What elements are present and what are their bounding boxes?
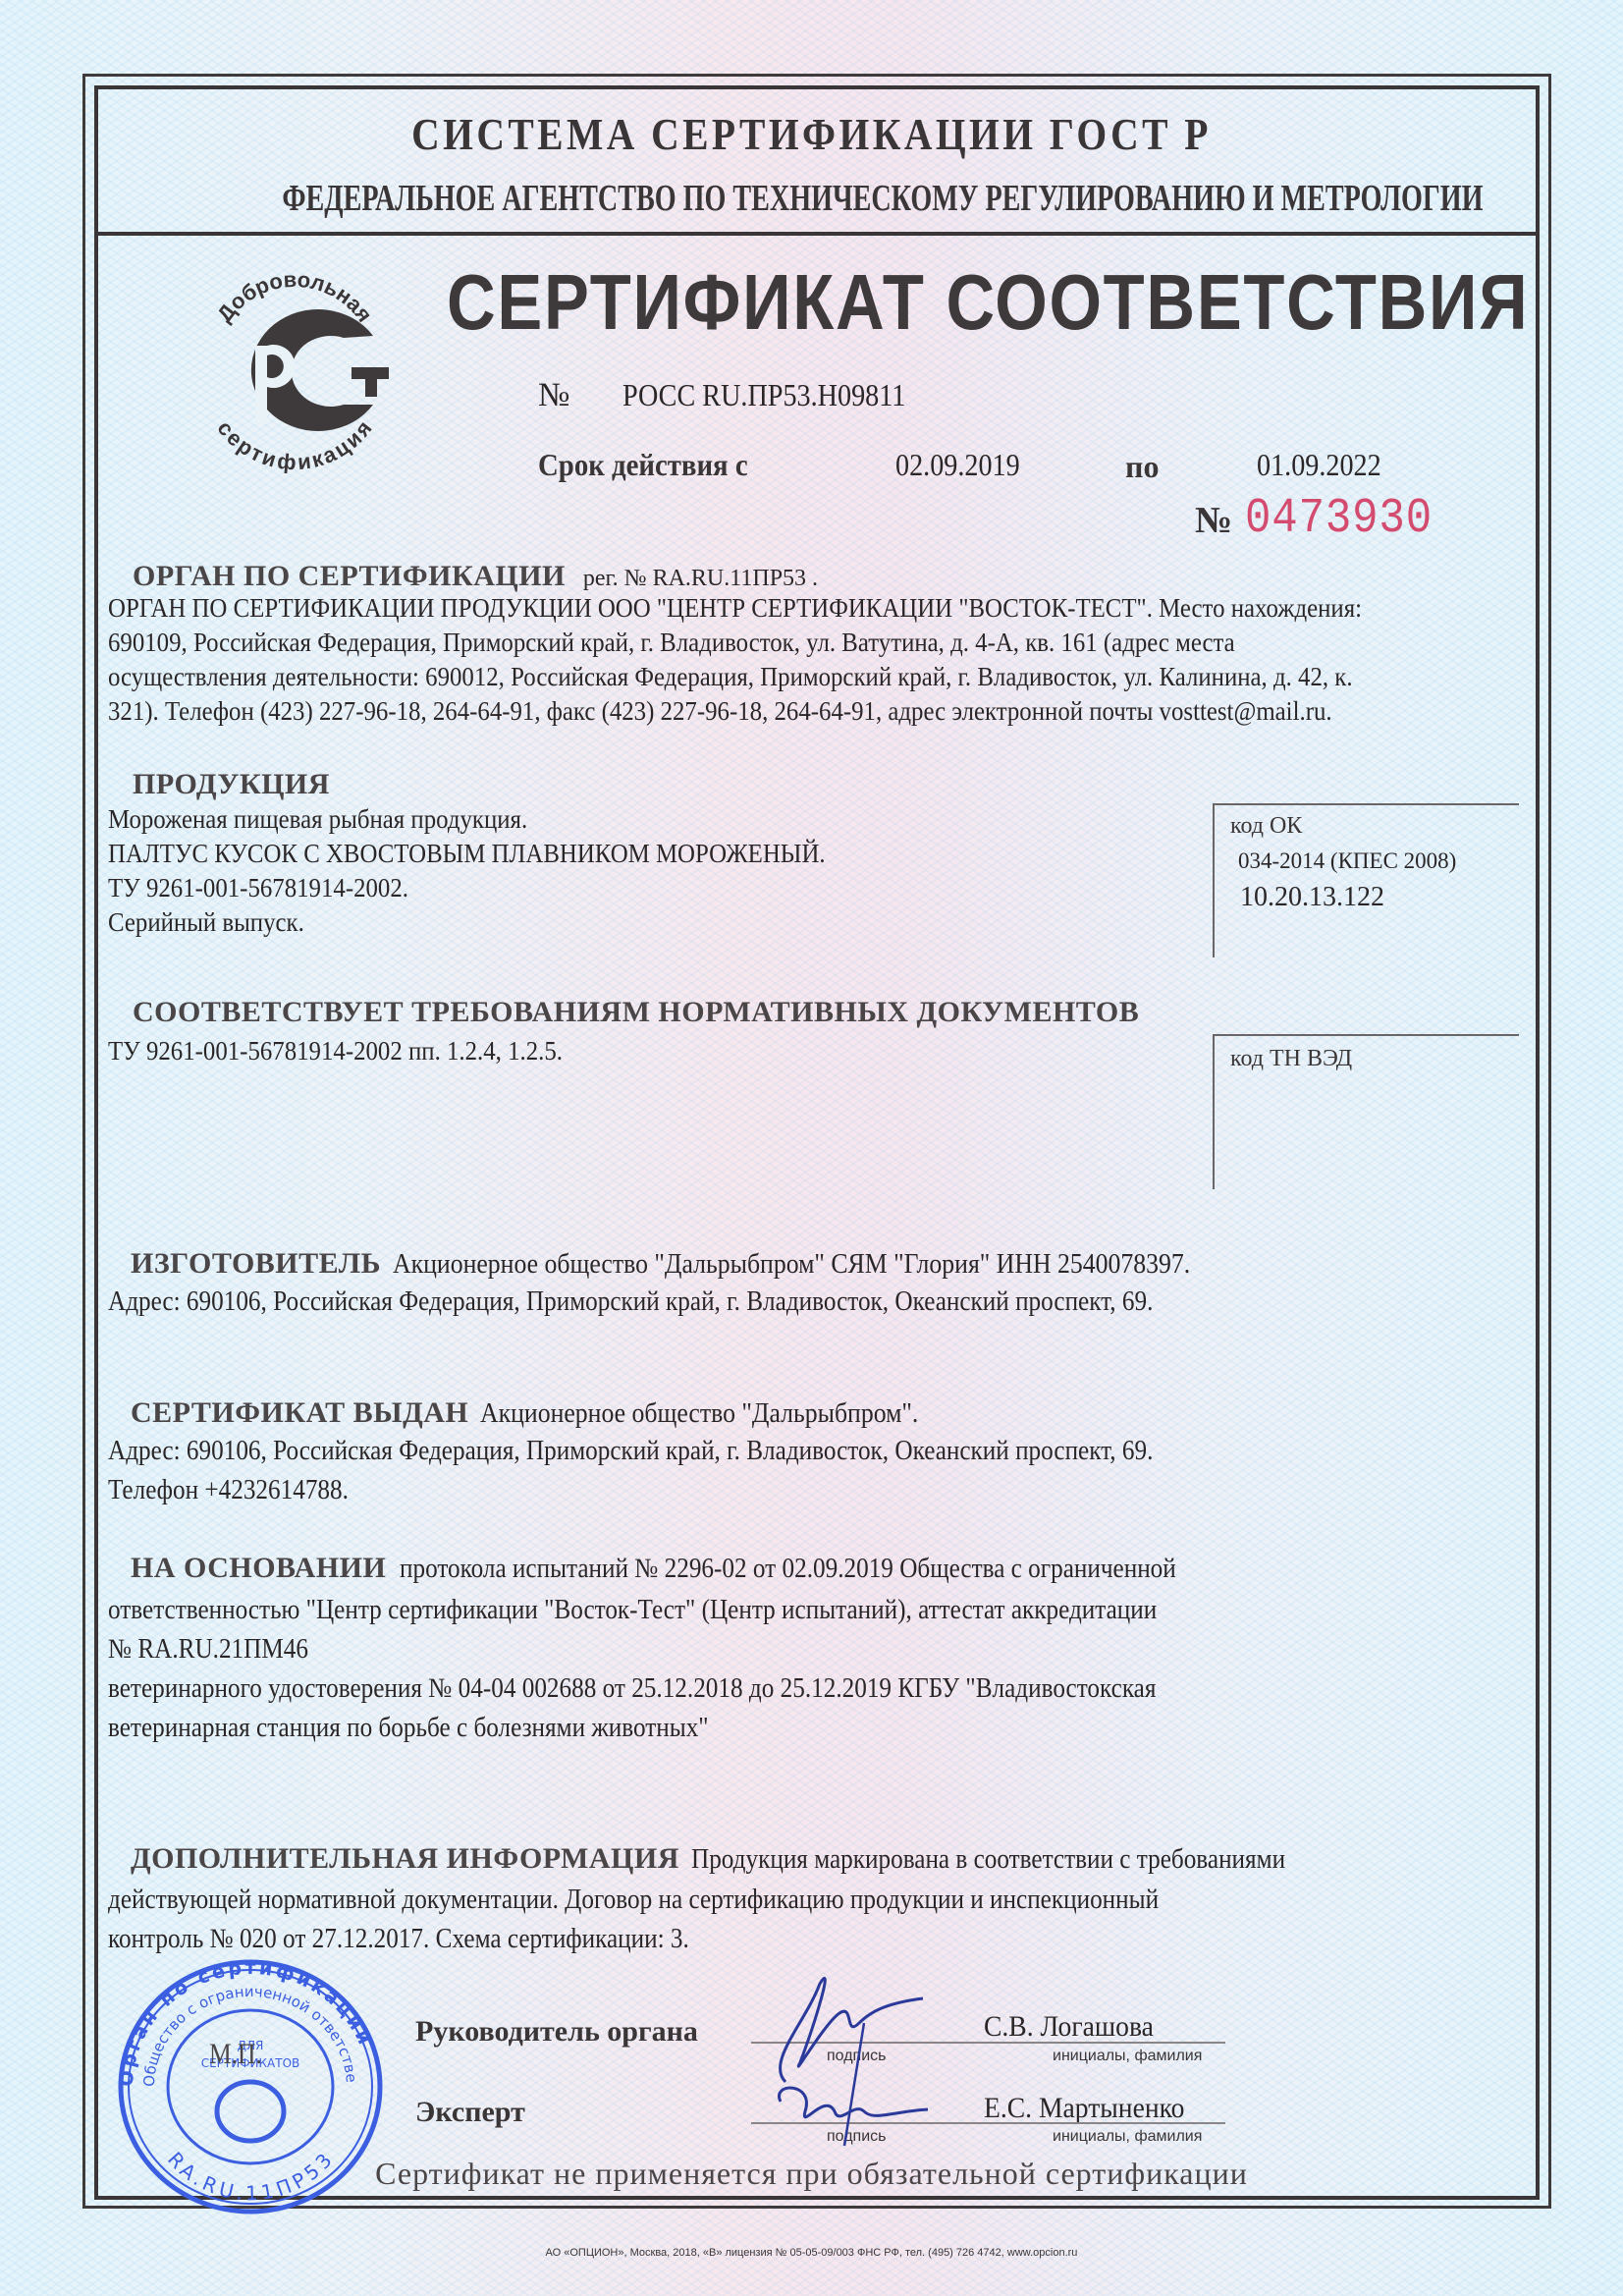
additional-line-2: действующей нормативной документации. До… bbox=[108, 1881, 1159, 1920]
issued-to-address: Адрес: 690106, Российская Федерация, При… bbox=[108, 1436, 1153, 1467]
issued-to-heading: СЕРТИФИКАТ ВЫДАН bbox=[131, 1396, 468, 1429]
form-serial-number: 0473930 bbox=[1245, 491, 1433, 547]
certificate-title: СЕРТИФИКАТ СООТВЕТСТВИЯ bbox=[447, 257, 1529, 348]
certification-body-section: ОРГАН ПО СЕРТИФИКАЦИИ рег. № RA.RU.11ПР5… bbox=[133, 560, 818, 593]
serial-label: № bbox=[1195, 499, 1232, 542]
certification-body-details: ОРГАН ПО СЕРТИФИКАЦИИ ПРОДУКЦИИ ООО "ЦЕН… bbox=[108, 591, 1471, 729]
valid-to-label: по bbox=[1125, 449, 1159, 485]
valid-to-date: 01.09.2022 bbox=[1257, 447, 1381, 483]
cb-line-1: ОРГАН ПО СЕРТИФИКАЦИИ ПРОДУКЦИИ ООО "ЦЕН… bbox=[108, 591, 1362, 626]
issued-to-name: Акционерное общество "Дальрыбпром". bbox=[480, 1398, 918, 1430]
signature-scribble-icon bbox=[746, 1964, 1001, 2160]
voluntary-notice: Сертификат не применяется при обязательн… bbox=[0, 2156, 1623, 2192]
validity-label: Срок действия с bbox=[538, 447, 748, 483]
product-line-1: Мороженая пищевая рыбная продукция. bbox=[108, 802, 826, 837]
expert-name-line bbox=[985, 2122, 1225, 2124]
additional-info-section: ДОПОЛНИТЕЛЬНАЯ ИНФОРМАЦИЯ Продукция марк… bbox=[131, 1842, 1351, 1876]
certificate-number: РОСС RU.ПР53.Н09811 bbox=[622, 377, 905, 413]
cb-line-3: осуществления деятельности: 690012, Росс… bbox=[108, 660, 1362, 694]
product-line-4: Серийный выпуск. bbox=[108, 905, 826, 940]
manufacturer-section: ИЗГОТОВИТЕЛЬ Акционерное общество "Дальр… bbox=[131, 1247, 1260, 1281]
issued-to-phone: Телефон +4232614788. bbox=[108, 1475, 349, 1506]
product-line-3: ТУ 9261-001-56781914-2002. bbox=[108, 871, 826, 905]
certification-body-heading: ОРГАН ПО СЕРТИФИКАЦИИ bbox=[133, 560, 566, 592]
agency-title: ФЕДЕРАЛЬНОЕ АГЕНТСТВО ПО ТЕХНИЧЕСКОМУ РЕ… bbox=[282, 177, 1351, 220]
basis-line-3: № RA.RU.21ПМ46 bbox=[108, 1630, 1157, 1669]
manufacturer-name: Акционерное общество "Дальрыбпром" СЯМ "… bbox=[393, 1249, 1190, 1281]
rst-voluntary-certification-logo: Добровольная сертификация bbox=[187, 257, 403, 473]
ok-code-standard: 034-2014 (КПЕС 2008) bbox=[1238, 848, 1456, 874]
basis-section: НА ОСНОВАНИИ протокола испытаний № 2296-… bbox=[131, 1552, 1263, 1585]
basis-details: ответственностью "Центр сертификации "Во… bbox=[108, 1591, 1157, 1748]
number-label: № bbox=[538, 377, 569, 414]
printer-imprint: АО «ОПЦИОН», Москва, 2018, «В» лицензия … bbox=[0, 2247, 1623, 2259]
basis-heading: НА ОСНОВАНИИ bbox=[131, 1552, 386, 1584]
issued-to-section: СЕРТИФИКАТ ВЫДАН Акционерное общество "Д… bbox=[131, 1396, 956, 1430]
ok-code-box: код ОК 034-2014 (КПЕС 2008) 10.20.13.122 bbox=[1213, 803, 1519, 957]
product-line-2: ПАЛТУС КУСОК С ХВОСТОВЫМ ПЛАВНИКОМ МОРОЖ… bbox=[108, 837, 826, 871]
cb-line-2: 690109, Российская Федерация, Приморский… bbox=[108, 626, 1362, 660]
valid-from-date: 02.09.2019 bbox=[895, 447, 1020, 483]
expert-label: Эксперт bbox=[415, 2096, 525, 2129]
head-name: С.В. Логашова bbox=[984, 2010, 1154, 2044]
manufacturer-address: Адрес: 690106, Российская Федерация, При… bbox=[108, 1286, 1153, 1318]
manufacturer-heading: ИЗГОТОВИТЕЛЬ bbox=[131, 1247, 381, 1280]
head-of-body-label: Руководитель органа bbox=[415, 2015, 698, 2049]
head-name-caption: инициалы, фамилия bbox=[1053, 2048, 1202, 2065]
basis-line-5: ветеринарная станция по борьбе с болезня… bbox=[108, 1709, 1157, 1748]
rst-logo-icon: Добровольная сертификация bbox=[187, 257, 403, 473]
product-details: Мороженая пищевая рыбная продукция. ПАЛТ… bbox=[108, 802, 888, 940]
basis-line-2: ответственностью "Центр сертификации "Во… bbox=[108, 1591, 1157, 1630]
cb-line-4: 321). Телефон (423) 227-96-18, 264-64-91… bbox=[108, 694, 1362, 729]
ok-code-label: код ОК bbox=[1230, 813, 1302, 840]
additional-info-first-line: Продукция маркирована в соответствии с т… bbox=[691, 1844, 1285, 1876]
header-divider bbox=[94, 232, 1540, 236]
ok-code-value: 10.20.13.122 bbox=[1240, 882, 1384, 913]
head-name-line bbox=[985, 2042, 1225, 2044]
handwritten-signatures bbox=[746, 1964, 1001, 2160]
system-title: СИСТЕМА СЕРТИФИКАЦИИ ГОСТ Р bbox=[114, 108, 1510, 160]
tnved-code-box: код ТН ВЭД bbox=[1213, 1034, 1519, 1189]
product-heading: ПРОДУКЦИЯ bbox=[133, 768, 330, 801]
conformity-text: ТУ 9261-001-56781914-2002 пп. 1.2.4, 1.2… bbox=[108, 1034, 563, 1068]
certification-body-reg: рег. № RA.RU.11ПР53 . bbox=[583, 566, 818, 591]
tnved-code-label: код ТН ВЭД bbox=[1230, 1046, 1352, 1072]
expert-name-caption: инициалы, фамилия bbox=[1053, 2128, 1202, 2146]
stamp-place-mark: М.П. bbox=[209, 2038, 262, 2071]
expert-name: Е.С. Мартыненко bbox=[984, 2092, 1184, 2125]
basis-line-4: ветеринарного удостоверения № 04-04 0026… bbox=[108, 1669, 1157, 1709]
basis-first-line: протокола испытаний № 2296-02 от 02.09.2… bbox=[400, 1554, 1176, 1585]
conformity-heading: СООТВЕТСТВУЕТ ТРЕБОВАНИЯМ НОРМАТИВНЫХ ДО… bbox=[133, 996, 1139, 1029]
additional-info-heading: ДОПОЛНИТЕЛЬНАЯ ИНФОРМАЦИЯ bbox=[131, 1842, 679, 1875]
